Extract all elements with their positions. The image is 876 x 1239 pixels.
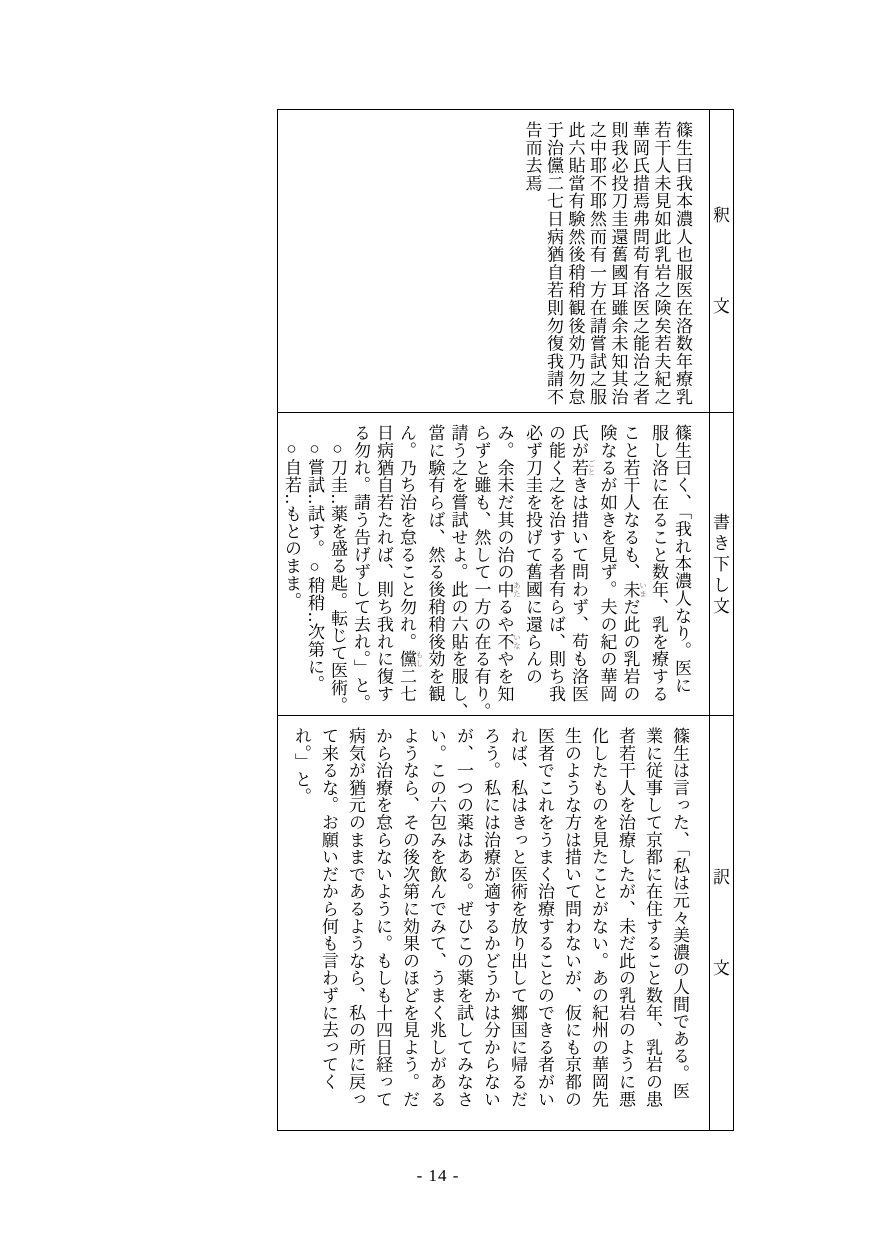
document-table: 篠生曰我本濃人也服医在洛数年療乳若干人未見如此乳岩之険矣若夫紀之華岡氏措焉弗問苟… — [277, 109, 734, 1131]
text-column: 篠生は言った、「私は元々美濃の人間である。医 — [666, 727, 693, 1130]
text-column: ○嘗試‥試す。○稍稍‥次第に。 — [303, 424, 326, 715]
kakikudashi-text: 篠生曰く、「我れ本濃人なり。医に服し洛に在ること数年、乳を療すること若干人なるも… — [278, 413, 709, 715]
furigana: あた — [513, 581, 522, 598]
text-column: 當に験有らば、然る後稍稍後効を観 — [424, 424, 447, 715]
text-column: 必ず刀圭を投げて舊國に還らんの — [521, 424, 544, 715]
text-column: い。この六包みを飲んでみて、うまく兆しがある — [423, 727, 450, 1130]
text-column: 服し洛に在ること数年、乳を療する — [647, 424, 670, 715]
text-column: ○自若‥もとのまま。 — [280, 424, 303, 715]
text-column: 篠生曰く、「我れ本濃人なり。医に — [670, 424, 693, 715]
yakubun-label: 訳文 — [709, 716, 733, 1130]
section-label-char: し — [713, 576, 730, 595]
text-column: 于治儻二七日病猶自若則勿復我請不 — [543, 121, 565, 412]
text-column: 氏が若ごときは措いて問わず、苟も洛医 — [567, 424, 596, 715]
shakubun-lines: 篠生曰我本濃人也服医在洛数年療乳若干人未見如此乳岩之険矣若夫紀之華岡氏措焉弗問苟… — [521, 121, 693, 412]
text-column: 日病猶自若たれば、則ち我れに復す — [372, 424, 395, 715]
section-label-char: 下 — [713, 555, 730, 574]
text-column: ん。乃ち治を怠ること勿れ。儻もし二七 — [395, 424, 424, 715]
text-column: 業に従事して京都に在住すること数年、乳岩の患 — [639, 727, 666, 1130]
section-label-char: 文 — [713, 297, 730, 316]
section-label-char: 文 — [713, 959, 730, 978]
text-column: ○刀圭‥薬を盛る匙。転じて医術。 — [326, 424, 349, 715]
text-column: から治療を怠らないように。もしも十四日経って — [369, 727, 396, 1130]
text-column: て来るな。お願いだから何も言わずに去ってく — [315, 727, 342, 1130]
text-column: れ。」と。 — [288, 727, 315, 1130]
page-number: - 14 - — [0, 1166, 876, 1186]
text-column: 此六貼當有験然後稍稍観後効乃勿怠 — [564, 121, 586, 412]
text-column: 険なるが如きを見ず。夫の紀の華岡 — [596, 424, 619, 715]
text-column: れば、私はきっと医術を放り出して郷国に帰るだ — [504, 727, 531, 1130]
text-column: み。余未だ其の治の中あたるや不いなやを知 — [493, 424, 522, 715]
shakubun-label: 釈文 — [709, 110, 733, 412]
furigana: いま — [639, 581, 648, 598]
text-column: 医者でこれをうまく治療することのできる者がい — [531, 727, 558, 1130]
section-label-char: 釈 — [713, 206, 730, 225]
workbook-page: { "page": { "number": "- 14 -" }, "secti… — [0, 0, 876, 1239]
text-column: こと若干人なるも、未いまだ此の乳岩の — [619, 424, 648, 715]
text-column: の能く之を治する者有らば、則ち我 — [544, 424, 567, 715]
yakubun-lines: 篠生は言った、「私は元々美濃の人間である。医業に従事して京都に在住すること数年、… — [288, 727, 693, 1130]
text-column: 告而去焉 — [521, 121, 543, 412]
furigana: いな — [513, 633, 522, 650]
text-column: ろう。私には治療が適するかどうかは分からない — [477, 727, 504, 1130]
text-column: る勿れ。請う告げずして去れ。」と。 — [349, 424, 372, 715]
furigana: ごと — [587, 459, 596, 476]
text-column: が、一つの薬はある。ぜひこの薬を試してみなさ — [450, 727, 477, 1130]
text-column: 華岡氏措焉弗問苟有洛医之能治之者 — [629, 121, 651, 412]
kakikudashi-label: 書き下し文 — [709, 413, 733, 715]
section-yakubun: 篠生は言った、「私は元々美濃の人間である。医業に従事して京都に在住すること数年、… — [278, 715, 733, 1130]
section-label-char: 文 — [713, 597, 730, 616]
kakikudashi-lines: 篠生曰く、「我れ本濃人なり。医に服し洛に在ること数年、乳を療すること若干人なるも… — [349, 424, 693, 715]
kakikudashi-notes: ○刀圭‥薬を盛る匙。転じて医術。○嘗試‥試す。○稍稍‥次第に。○自若‥もとのまま… — [280, 424, 349, 715]
section-kakikudashi: 篠生曰く、「我れ本濃人なり。医に服し洛に在ること数年、乳を療すること若干人なるも… — [278, 412, 733, 715]
shakubun-text: 篠生曰我本濃人也服医在洛数年療乳若干人未見如此乳岩之険矣若夫紀之華岡氏措焉弗問苟… — [278, 110, 709, 412]
text-column: 篠生曰我本濃人也服医在洛数年療乳 — [672, 121, 694, 412]
text-column: ようなら、その後次第に効果のほどを見よう。だ — [396, 727, 423, 1130]
text-column: 化したものを見たことがない。あの紀州の華岡先 — [585, 727, 612, 1130]
section-shakubun: 篠生曰我本濃人也服医在洛数年療乳若干人未見如此乳岩之険矣若夫紀之華岡氏措焉弗問苟… — [278, 110, 733, 412]
text-column: 若干人未見如此乳岩之険矣若夫紀之 — [650, 121, 672, 412]
text-column: 病気が猶元のままであるようなら、私の所に戻っ — [342, 727, 369, 1130]
text-column: 之中耶不耶然而有一方在請嘗試之服 — [586, 121, 608, 412]
text-column: 請う之を嘗試せよ。此の六貼を服し、 — [447, 424, 470, 715]
yakubun-text: 篠生は言った、「私は元々美濃の人間である。医業に従事して京都に在住すること数年、… — [278, 716, 709, 1130]
text-column: 者若干人を治療したが、未だ此の乳岩のように悪 — [612, 727, 639, 1130]
text-column: らずと雖も、然して一方の在る有り。 — [470, 424, 493, 715]
section-label-char: き — [713, 534, 730, 553]
text-column: 則我必投刀圭還舊國耳雖余未知其治 — [607, 121, 629, 412]
section-label-char: 書 — [713, 513, 730, 532]
section-label-char: 訳 — [713, 868, 730, 887]
text-column: 生のような方は措いて問わないが、仮にも京都の — [558, 727, 585, 1130]
furigana: もし — [415, 650, 424, 667]
